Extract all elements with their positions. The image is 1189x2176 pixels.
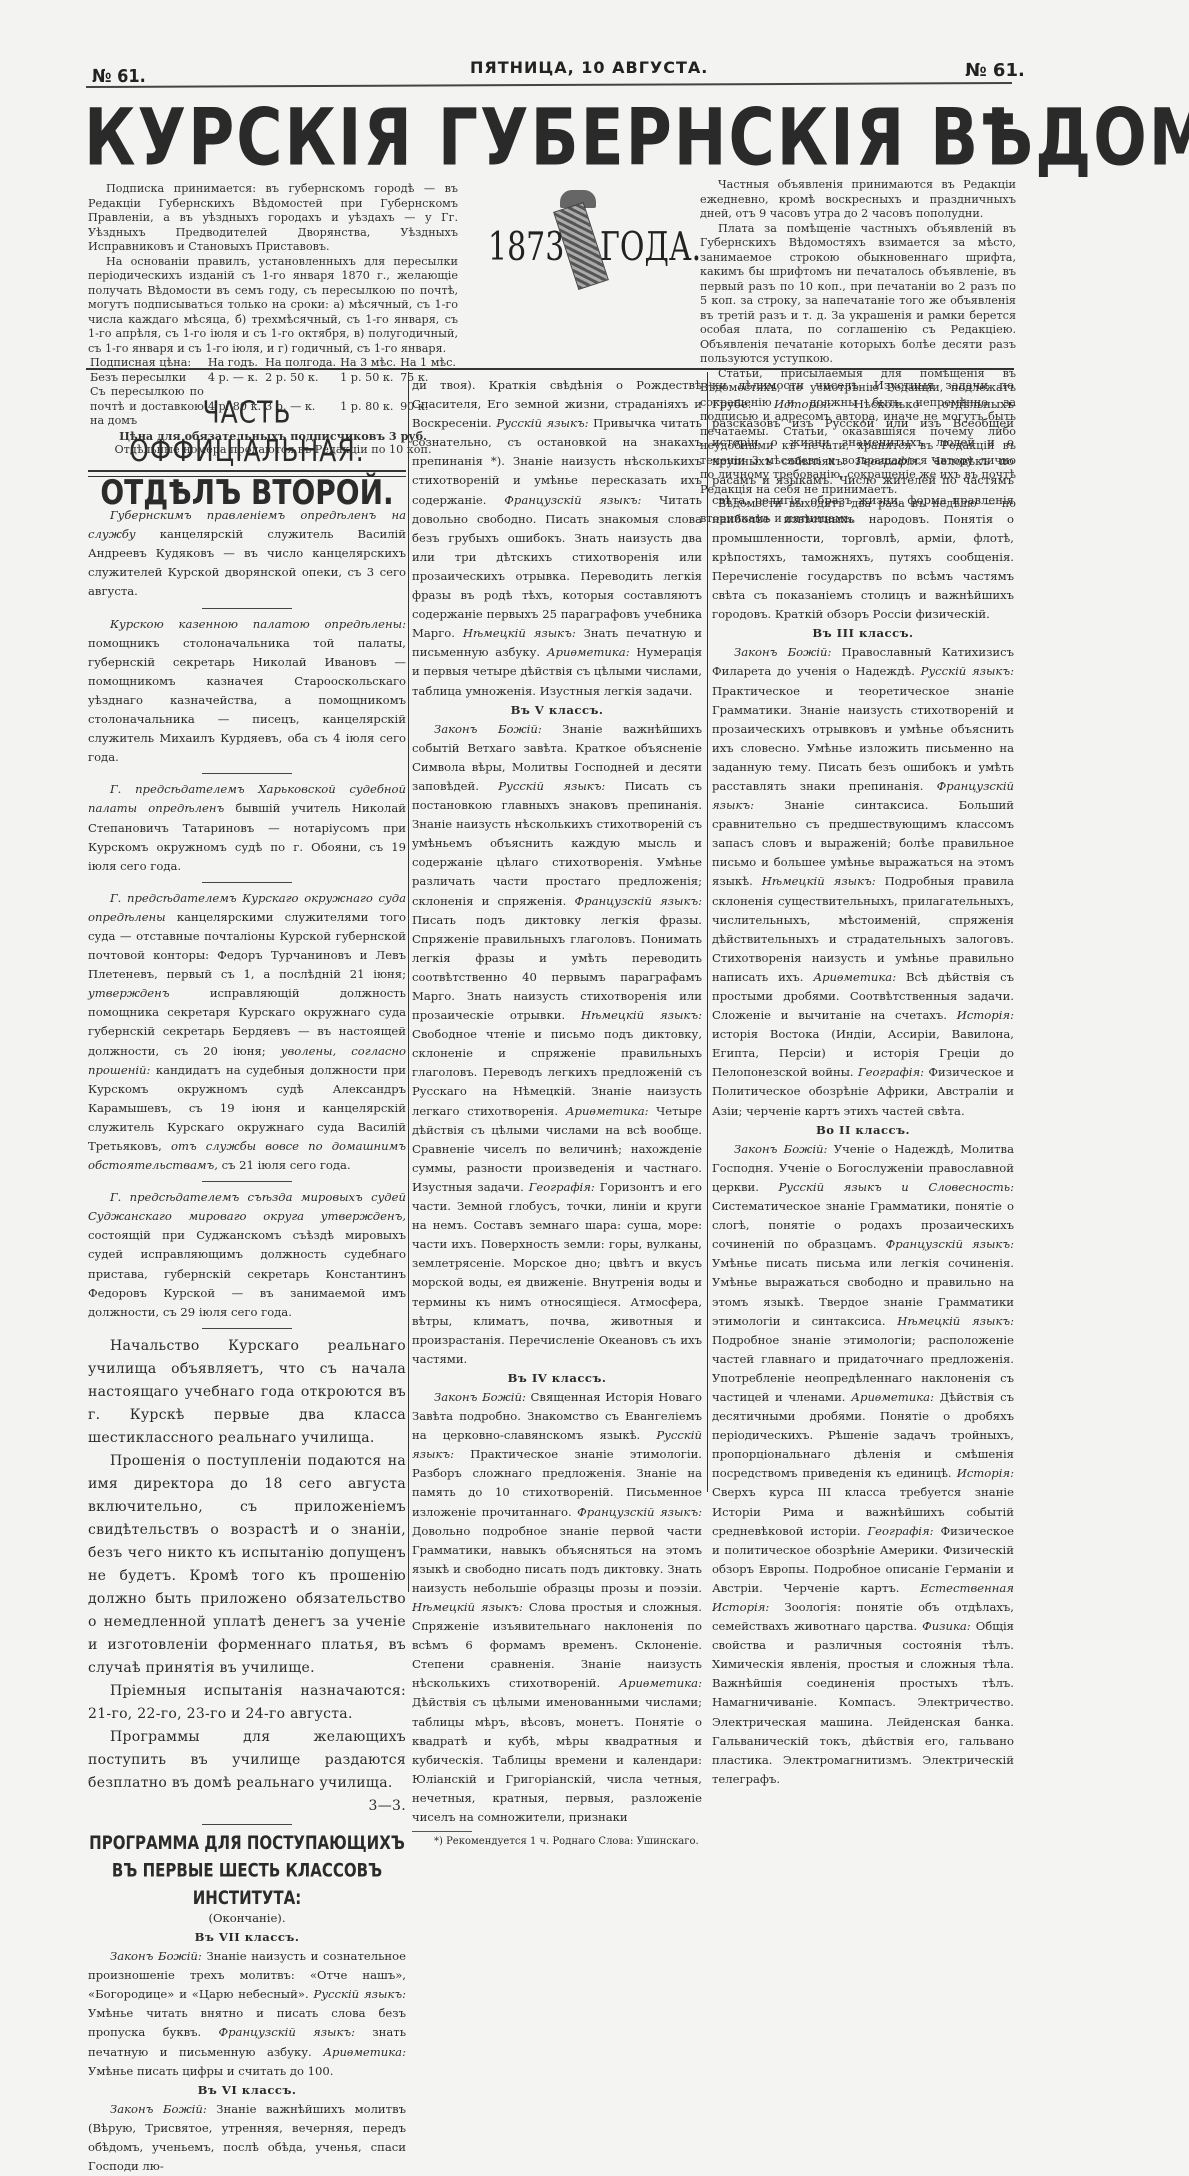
price-row: Безъ пересылки 4 р. — к. 2 р. 50 к. 1 р.… (88, 371, 458, 386)
ads-price: Плата за помѣщеніе частныхъ объявленій в… (700, 222, 1016, 367)
column-divider (408, 372, 409, 1592)
masthead-rule (86, 82, 1012, 88)
class-requirements: ди твоя). Краткія свѣдѣнія о Рождествѣ С… (412, 376, 702, 701)
class-requirements: Законъ Божій: Священная Исторія Новаго З… (412, 1388, 702, 1647)
column-3: ки дѣлимости чиселъ. Изустныя задачи по … (712, 376, 1014, 1647)
subscription-rules: На основаніи правилъ, установленныхъ для… (88, 255, 458, 357)
divider (202, 1181, 292, 1182)
class-requirements: Законъ Божій: Православный Катихизисъ Фи… (712, 643, 1014, 1120)
newspaper-page: № 61. ПЯТНИЦА, 10 АВГУСТА. № 61. КУРСКІЯ… (0, 0, 1189, 1647)
department-title: ОТДѢЛЪ ВТОРОЙ. (88, 481, 406, 504)
class-heading: Во II классъ. (712, 1121, 1014, 1140)
divider (202, 608, 292, 609)
class-heading: Въ V классъ. (412, 701, 702, 720)
section-title: ЧАСТЬ ОФФИЦІАЛЬНАЯ. (88, 394, 406, 471)
notice: Курскою казенною палатою опредѣлены: пом… (88, 615, 406, 768)
column-1: ЧАСТЬ ОФФИЦІАЛЬНАЯ. ОТДѢЛЪ ВТОРОЙ. Губер… (88, 400, 406, 1647)
notice: Г. предсѣдателемъ Курскаго окружнаго суд… (88, 889, 406, 1175)
issue-date: ПЯТНИЦА, 10 АВГУСТА. (470, 58, 708, 77)
class-heading: Въ IV классъ. (412, 1369, 702, 1388)
newspaper-title: КУРСКІЯ ГУБЕРНСКІЯ ВѢДОМОСТИ. (84, 98, 1014, 177)
year: 1873 (488, 225, 564, 271)
class-requirements: ки дѣлимости чиселъ. Изустныя задачи по … (712, 376, 1014, 624)
column-2: ди твоя). Краткія свѣдѣнія о Рождествѣ С… (412, 376, 702, 1647)
issue-number-left: № 61. (92, 66, 146, 87)
notice: Г. предсѣдателемъ съѣзда мировыхъ судей … (88, 1188, 406, 1322)
header-rule (86, 368, 1014, 370)
school-notice: Начальство Курскаго реальнаго училища об… (88, 1335, 406, 1647)
class-requirements: Законъ Божій: Ученіе о Надеждѣ, Молитва … (712, 1140, 1014, 1647)
divider (202, 773, 292, 774)
divider (202, 1328, 292, 1329)
issue-number-right: № 61. (965, 60, 1025, 81)
class-requirements: Законъ Божій: Знаніе важнѣйшихъ событій … (412, 720, 702, 1369)
class-heading: Въ III классъ. (712, 624, 1014, 643)
ads-hours: Частныя объявленія принимаются въ Редакц… (700, 178, 1016, 222)
notice: Губернскимъ правленіемъ опредѣленъ на сл… (88, 506, 406, 601)
notice: Г. предсѣдателемъ Харьковской судебной п… (88, 780, 406, 875)
divider (202, 882, 292, 883)
subscription-where: Подписка принимается: въ губернскомъ гор… (88, 182, 458, 255)
year-word: ГОДА. (600, 225, 701, 271)
column-divider (707, 372, 708, 1492)
